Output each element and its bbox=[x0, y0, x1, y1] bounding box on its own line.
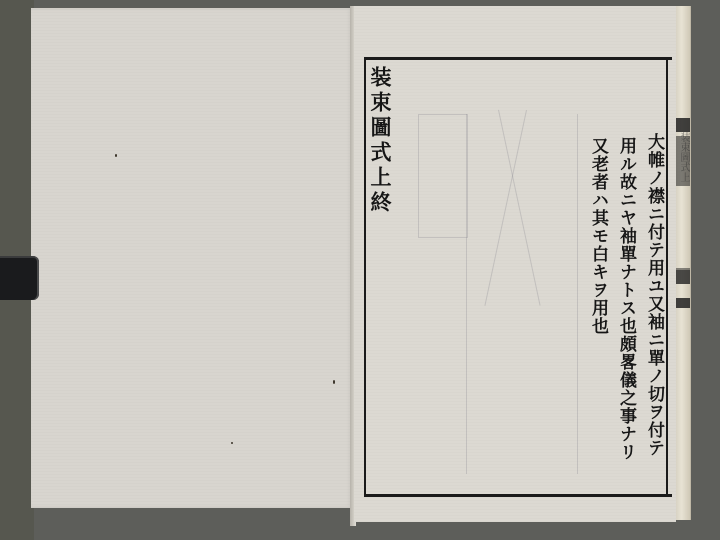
book-clip bbox=[0, 256, 39, 300]
ink-spot bbox=[115, 154, 117, 157]
frame-right-rule bbox=[666, 60, 668, 494]
page-fore-edges bbox=[676, 6, 691, 520]
ink-spot bbox=[231, 442, 233, 444]
text-column-2: 用ル故ニヤ袖單ナトス也頗畧儀之事ナリ bbox=[616, 137, 636, 461]
text-column-1: 大帷ノ襟ニ付テ用ユ又袖ニ單ノ切ヲ付テ bbox=[644, 133, 664, 457]
volume-end-title: 装束圖式上終 bbox=[368, 66, 392, 216]
text-column-3: 又老者ハ其モ白キヲ用也 bbox=[588, 137, 608, 335]
left-page-blank bbox=[31, 8, 353, 508]
fore-edge-label: 装束圖式上 bbox=[676, 132, 691, 182]
ink-spot bbox=[333, 380, 335, 384]
